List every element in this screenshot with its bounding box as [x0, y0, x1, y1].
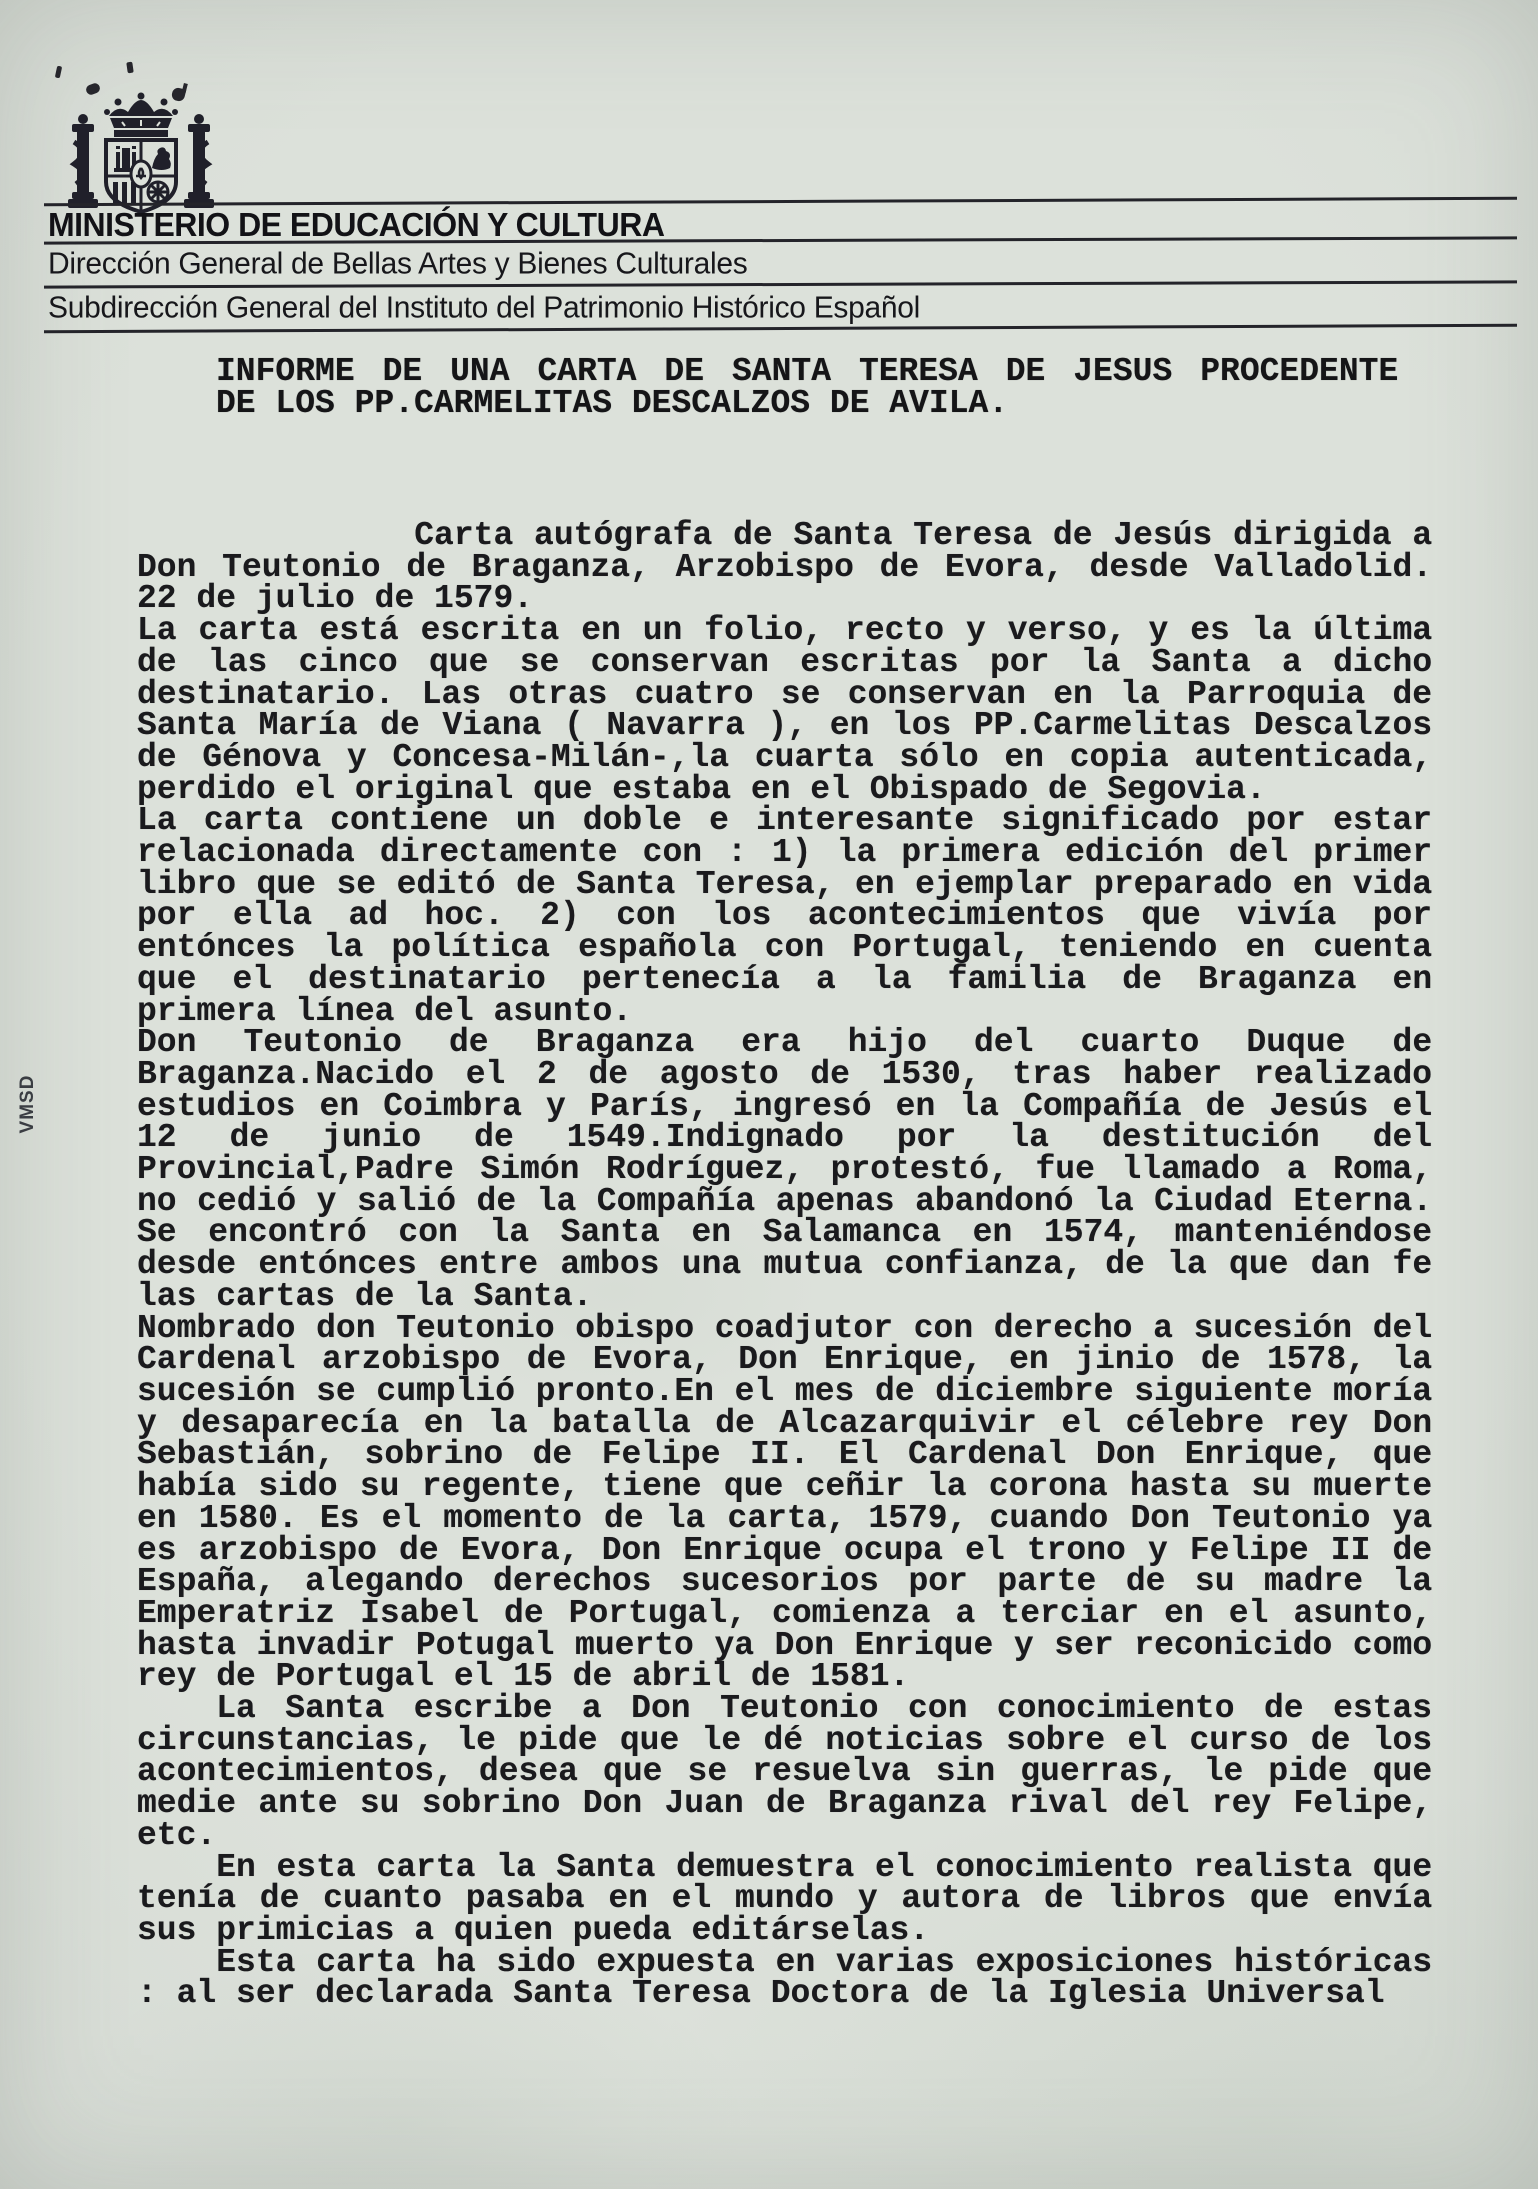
- paragraph: Carta autógrafa de Santa Teresa de Jesús…: [137, 520, 1432, 615]
- paragraph: La carta contiene un doble e interesante…: [137, 805, 1432, 1027]
- paragraph: En esta carta la Santa demuestra el cono…: [137, 1852, 1432, 1947]
- paragraph: La carta está escrita en un folio, recto…: [137, 615, 1432, 805]
- ministry-name: MINISTERIO DE EDUCACIÓN Y CULTURA: [48, 206, 664, 244]
- subdireccion-general-name: Subdirección General del Instituto del P…: [48, 291, 920, 326]
- report-title-line1: INFORME DE UNA CARTA DE SANTA TERESA DE …: [216, 356, 1398, 388]
- margin-stamp: VMSD: [17, 1049, 41, 1159]
- direccion-general-name: Dirección General de Bellas Artes y Bien…: [48, 247, 747, 282]
- scan-artifact: [126, 62, 133, 74]
- report-title: INFORME DE UNA CARTA DE SANTA TERESA DE …: [216, 356, 1398, 419]
- spain-coat-of-arms-icon: [60, 86, 222, 218]
- scan-artifact: [55, 66, 62, 79]
- paragraph: La Santa escribe a Don Teutonio con cono…: [137, 1693, 1432, 1852]
- paragraph: Esta carta ha sido expuesta en varias ex…: [137, 1947, 1432, 2010]
- paragraph: Nombrado don Teutonio obispo coadjutor c…: [137, 1313, 1432, 1693]
- letterhead-rule: [44, 197, 1517, 206]
- scanned-document-page: MINISTERIO DE EDUCACIÓN Y CULTURA Direcc…: [0, 0, 1538, 2189]
- report-title-line2: DE LOS PP.CARMELITAS DESCALZOS DE AVILA.: [216, 388, 1398, 420]
- paragraph: Don Teutonio de Braganza era hijo del cu…: [137, 1027, 1432, 1312]
- report-body: Carta autógrafa de Santa Teresa de Jesús…: [137, 520, 1432, 2010]
